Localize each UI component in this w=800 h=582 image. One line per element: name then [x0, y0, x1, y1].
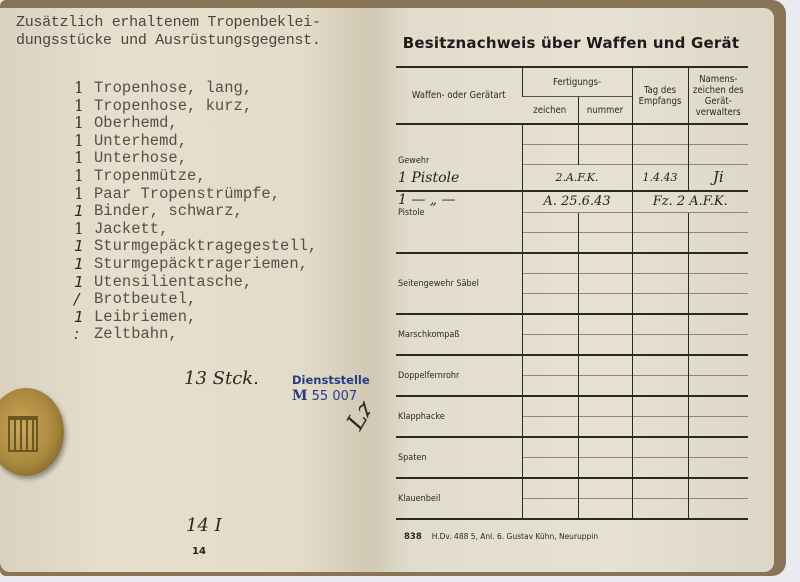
table-row: Marschkompaß: [396, 314, 748, 335]
list-item: 1Utensilientasche,: [74, 274, 317, 292]
form-number: 838: [404, 532, 422, 542]
cell-signature: Ji: [688, 165, 748, 191]
row-label-spaten: Spaten: [396, 437, 522, 478]
list-item: /Brotbeutel,: [74, 291, 317, 309]
col-header-nummer: nummer: [578, 97, 632, 125]
table-row: Gewehr 1 Pistole: [396, 124, 748, 145]
heading-line-2: dungsstücke und Ausrüstungsgegenst.: [16, 32, 368, 50]
table-row: Spaten: [396, 437, 748, 458]
stamp-prefix: M: [292, 388, 308, 404]
heading-line-1: Zusätzlich erhaltenem Tropenbeklei-: [16, 14, 368, 32]
row-label-marschkompass: Marschkompaß: [396, 314, 522, 355]
handwritten-page-mark: 14 I: [186, 515, 222, 536]
row-label-seitengewehr: Seitengewehr Säbel: [396, 253, 522, 314]
left-page-heading: Zusätzlich erhaltenem Tropenbeklei- dung…: [16, 14, 368, 50]
cell-zeichen: 2.A.F.K.: [522, 165, 632, 191]
printer-footer: 838H.Dv. 488 5, Anl. 6. Gustav Kühn, Neu…: [404, 532, 598, 542]
table-row: Seitengewehr Säbel: [396, 253, 748, 274]
table-row: Klauenbeil: [396, 478, 748, 499]
list-item: :Zeltbahn,: [74, 326, 317, 344]
table-row: Doppelfernrohr: [396, 355, 748, 376]
cell-date: 1.4.43: [632, 165, 688, 191]
list-item: 1Jackett,: [74, 221, 317, 239]
printer-imprint: H.Dv. 488 5, Anl. 6. Gustav Kühn, Neurup…: [432, 532, 598, 541]
cell-zeichen: A. 25.6.43: [522, 191, 632, 213]
brandenburg-gate-icon: [8, 416, 38, 452]
col-header-date: Tag des Empfangs: [632, 67, 688, 124]
list-item: 1Tropenmütze,: [74, 168, 317, 186]
equipment-list: 1Tropenhose, lang, 1Tropenhose, kurz, 1O…: [74, 80, 317, 344]
col-header-zeichen: zeichen: [522, 97, 578, 125]
col-header-signature: Namens-zeichen des Gerät-verwalters: [688, 67, 748, 124]
equipment-ledger-table: Waffen- oder Gerätart Fertigungs- Tag de…: [396, 66, 748, 520]
col-header-fertigungs: Fertigungs-: [522, 67, 632, 97]
list-item: 1Tropenhose, lang,: [74, 80, 317, 98]
row-label-gewehr: Gewehr 1 Pistole: [396, 124, 522, 191]
list-item: 1Unterhose,: [74, 150, 317, 168]
list-item: 1Paar Tropenstrümpfe,: [74, 186, 317, 204]
list-item: 1Sturmgepäcktragegestell,: [74, 238, 317, 256]
col-header-type: Waffen- oder Gerätart: [396, 67, 522, 124]
row-label-klapphacke: Klapphacke: [396, 396, 522, 437]
row-label-pistole: 1 — „ — Pistole: [396, 191, 522, 254]
handwritten-entry: 1 Pistole: [398, 170, 522, 186]
row-label-klauenbeil: Klauenbeil: [396, 478, 522, 519]
cell-date: Fz. 2 A.F.K.: [632, 191, 748, 213]
list-item: 1Binder, schwarz,: [74, 203, 317, 221]
list-item: 1Leibriemen,: [74, 309, 317, 327]
list-item: 1Tropenhose, kurz,: [74, 98, 317, 116]
form-title: Besitznachweis über Waffen und Gerät: [394, 34, 748, 52]
table-row: Klapphacke: [396, 396, 748, 417]
table-row: 1 — „ — Pistole A. 25.6.43 Fz. 2 A.F.K.: [396, 191, 748, 213]
list-item: 1Sturmgepäcktrageriemen,: [74, 256, 317, 274]
printed-page-number: 14: [192, 546, 206, 557]
list-item: 1Oberhemd,: [74, 115, 317, 133]
list-item: 1Unterhemd,: [74, 133, 317, 151]
stamp-label: Dienststelle: [292, 372, 370, 388]
row-label-doppelfernrohr: Doppelfernrohr: [396, 355, 522, 396]
handwritten-item-count: 13 Stck.: [184, 368, 259, 389]
handwritten-entry: 1 — „ —: [398, 192, 522, 208]
